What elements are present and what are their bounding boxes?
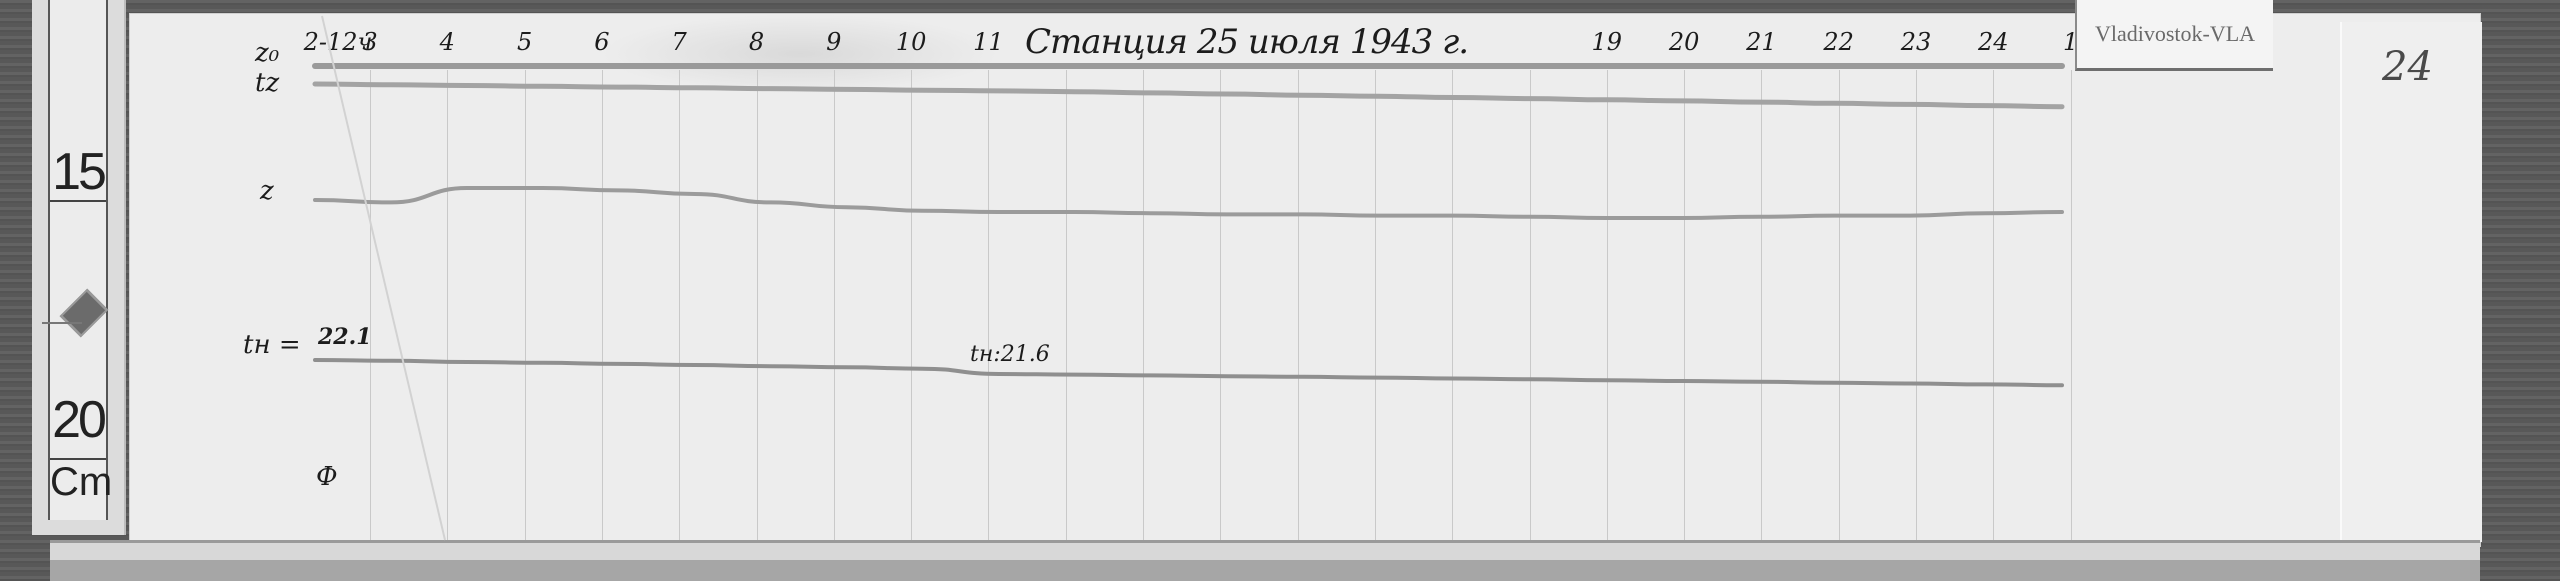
ruler-divider — [50, 200, 106, 202]
hour-gridline — [1761, 70, 1762, 540]
hour-label: 20 — [1669, 28, 1700, 56]
hour-gridline — [1607, 70, 1608, 540]
hour-label: 9 — [826, 28, 841, 56]
hour-gridline — [1220, 70, 1221, 540]
phi-mark: Ф — [316, 462, 338, 492]
hour-gridline — [911, 70, 912, 540]
hour-label: 8 — [749, 28, 764, 56]
sheet-number: 24 — [2382, 44, 2433, 90]
tn-mid-value: tн:21.6 — [970, 342, 1050, 367]
hour-label: 19 — [1592, 28, 1623, 56]
hour-gridline — [1298, 70, 1299, 540]
hour-label: 4 — [440, 28, 455, 56]
hour-gridline — [1066, 70, 1067, 540]
station-tag: Vladivostok-VLA — [2075, 0, 2273, 71]
series-label-tz: tz — [255, 68, 279, 98]
hour-label: 10 — [896, 28, 927, 56]
hour-gridline — [525, 70, 526, 540]
hour-label: 23 — [1901, 28, 1932, 56]
hour-gridline — [834, 70, 835, 540]
hour-gridline — [1993, 70, 1994, 540]
hour-label: 21 — [1746, 28, 1777, 56]
hour-gridline — [1839, 70, 1840, 540]
hour-gridline — [757, 70, 758, 540]
hour-label: 11 — [973, 28, 1004, 56]
hour-start-label: 2-12ч — [304, 28, 373, 56]
hour-gridline — [602, 70, 603, 540]
hour-gridline — [679, 70, 680, 540]
centimeter-ruler: 15 20 Cm — [48, 0, 108, 520]
hour-gridline — [1143, 70, 1144, 540]
bottom-rail — [50, 540, 2480, 561]
hour-gridline — [988, 70, 989, 540]
hour-gridline — [1452, 70, 1453, 540]
ruler-pin-icon — [42, 322, 82, 324]
hour-gridline — [1530, 70, 1531, 540]
series-label-tn: tн = — [243, 330, 301, 360]
hour-label: 22 — [1823, 28, 1854, 56]
series-label-z0: z₀ — [255, 38, 279, 68]
hour-gridline — [1375, 70, 1376, 540]
ruler-mark-15: 15 — [50, 142, 106, 202]
tn-start-value: 22.1 — [318, 324, 372, 350]
hour-label: 5 — [517, 28, 532, 56]
hour-gridline — [2071, 70, 2072, 540]
ruler-mark-20: 20 — [50, 390, 106, 450]
hour-label: 7 — [672, 28, 687, 56]
bottom-base — [50, 560, 2480, 581]
hour-gridline — [447, 70, 448, 540]
hour-gridline — [1684, 70, 1685, 540]
hour-gridline — [1916, 70, 1917, 540]
paper-shadow — [600, 14, 1000, 94]
hour-gridline — [370, 70, 371, 540]
hour-label: 24 — [1978, 28, 2009, 56]
series-label-z: z — [260, 176, 274, 206]
paper-end-flap — [2340, 22, 2482, 542]
handwritten-header: Станция 25 июля 1943 г. — [1025, 22, 1468, 62]
diamond-logo-icon — [60, 289, 109, 338]
hour-label: 6 — [594, 28, 609, 56]
chart-paper — [130, 14, 2480, 546]
ruler-unit: Cm — [50, 460, 106, 505]
